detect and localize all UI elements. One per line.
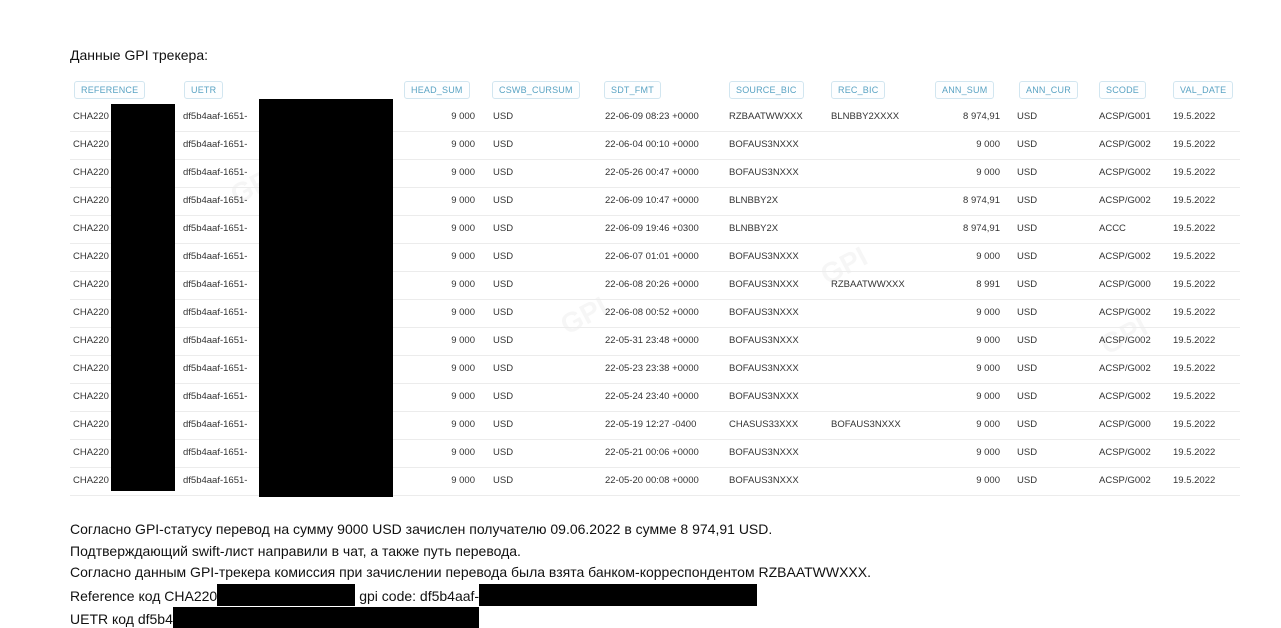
cell-head-sum: 9 000 bbox=[451, 271, 475, 299]
cell-sdt-fmt: 22-05-19 12:27 -0400 bbox=[605, 411, 696, 439]
cell-head-sum: 9 000 bbox=[451, 103, 475, 131]
cell-uetr: df5b4aaf-1651- bbox=[183, 159, 247, 187]
table-row[interactable]: CHA220df5b4aaf-1651-9 000USD22-05-23 23:… bbox=[70, 355, 1240, 384]
cell-reference: CHA220 bbox=[73, 215, 109, 243]
cell-sdt-fmt: 22-06-09 08:23 +0000 bbox=[605, 103, 699, 131]
cell-source-bic: RZBAATWWXXX bbox=[729, 103, 803, 131]
cell-reference: CHA220 bbox=[73, 411, 109, 439]
cell-ann-cur: USD bbox=[1017, 131, 1037, 159]
cell-uetr: df5b4aaf-1651- bbox=[183, 467, 247, 495]
cell-ann-sum: 8 991 bbox=[976, 271, 1000, 299]
cell-uetr: df5b4aaf-1651- bbox=[183, 243, 247, 271]
cell-ann-sum: 9 000 bbox=[976, 439, 1000, 467]
cell-reference: CHA220 bbox=[73, 439, 109, 467]
cell-val-date: 19.5.2022 bbox=[1173, 299, 1215, 327]
cell-ann-sum: 9 000 bbox=[976, 383, 1000, 411]
table-row[interactable]: CHA220df5b4aaf-1651-9 000USD22-06-08 20:… bbox=[70, 271, 1240, 300]
cell-scode: ACSP/G001 bbox=[1099, 103, 1151, 131]
cell-cswb-cursum: USD bbox=[493, 131, 513, 159]
cell-cswb-cursum: USD bbox=[493, 103, 513, 131]
cell-ann-cur: USD bbox=[1017, 243, 1037, 271]
cell-source-bic: BLNBBY2X bbox=[729, 187, 778, 215]
cell-ann-cur: USD bbox=[1017, 411, 1037, 439]
cell-reference: CHA220 bbox=[73, 103, 109, 131]
cell-rec-bic: RZBAATWWXXX bbox=[831, 271, 905, 299]
cell-source-bic: BOFAUS3NXXX bbox=[729, 355, 799, 383]
cell-sdt-fmt: 22-05-31 23:48 +0000 bbox=[605, 327, 699, 355]
cell-ann-cur: USD bbox=[1017, 187, 1037, 215]
cell-head-sum: 9 000 bbox=[451, 243, 475, 271]
cell-head-sum: 9 000 bbox=[451, 383, 475, 411]
cell-cswb-cursum: USD bbox=[493, 327, 513, 355]
cell-uetr: df5b4aaf-1651- bbox=[183, 299, 247, 327]
cell-ann-sum: 9 000 bbox=[976, 467, 1000, 495]
cell-ann-cur: USD bbox=[1017, 271, 1037, 299]
cell-source-bic: BLNBBY2X bbox=[729, 215, 778, 243]
cell-cswb-cursum: USD bbox=[493, 467, 513, 495]
redaction-gpi-code bbox=[479, 584, 757, 606]
cell-scode: ACSP/G002 bbox=[1099, 131, 1151, 159]
cell-uetr: df5b4aaf-1651- bbox=[183, 439, 247, 467]
table-row[interactable]: CHA220df5b4aaf-1651-9 000USD22-05-31 23:… bbox=[70, 327, 1240, 356]
cell-head-sum: 9 000 bbox=[451, 355, 475, 383]
table-row[interactable]: CHA220df5b4aaf-1651-9 000USD22-05-20 00:… bbox=[70, 467, 1240, 496]
gpi-tracker-table: REFERENCEUETRHEAD_SUMCSWB_CURSUMSDT_FMTS… bbox=[70, 78, 1240, 498]
cell-uetr: df5b4aaf-1651- bbox=[183, 355, 247, 383]
cell-val-date: 19.5.2022 bbox=[1173, 215, 1215, 243]
uetr-label: UETR код df5b4 bbox=[70, 611, 173, 627]
cell-sdt-fmt: 22-06-08 00:52 +0000 bbox=[605, 299, 699, 327]
table-row[interactable]: CHA220df5b4aaf-1651-9 000USD22-06-08 00:… bbox=[70, 299, 1240, 328]
cell-head-sum: 9 000 bbox=[451, 439, 475, 467]
cell-ann-sum: 9 000 bbox=[976, 411, 1000, 439]
cell-source-bic: CHASUS33XXX bbox=[729, 411, 798, 439]
cell-uetr: df5b4aaf-1651- bbox=[183, 215, 247, 243]
cell-sdt-fmt: 22-06-07 01:01 +0000 bbox=[605, 243, 699, 271]
note-line-status: Согласно GPI-статусу перевод на сумму 90… bbox=[70, 519, 871, 541]
cell-source-bic: BOFAUS3NXXX bbox=[729, 383, 799, 411]
cell-ann-cur: USD bbox=[1017, 159, 1037, 187]
cell-sdt-fmt: 22-05-20 00:08 +0000 bbox=[605, 467, 699, 495]
cell-scode: ACCC bbox=[1099, 215, 1126, 243]
cell-head-sum: 9 000 bbox=[451, 215, 475, 243]
cell-ann-sum: 9 000 bbox=[976, 299, 1000, 327]
cell-reference: CHA220 bbox=[73, 383, 109, 411]
column-header-uetr[interactable]: UETR bbox=[184, 81, 223, 99]
cell-ann-cur: USD bbox=[1017, 215, 1037, 243]
cell-scode: ACSP/G002 bbox=[1099, 383, 1151, 411]
cell-ann-cur: USD bbox=[1017, 103, 1037, 131]
cell-ann-cur: USD bbox=[1017, 327, 1037, 355]
cell-uetr: df5b4aaf-1651- bbox=[183, 327, 247, 355]
cell-scode: ACSP/G002 bbox=[1099, 243, 1151, 271]
cell-ann-cur: USD bbox=[1017, 439, 1037, 467]
cell-ann-sum: 9 000 bbox=[976, 355, 1000, 383]
cell-rec-bic: BLNBBY2XXXX bbox=[831, 103, 899, 131]
cell-cswb-cursum: USD bbox=[493, 159, 513, 187]
table-row[interactable]: CHA220df5b4aaf-1651-9 000USD22-05-21 00:… bbox=[70, 439, 1240, 468]
cell-head-sum: 9 000 bbox=[451, 299, 475, 327]
cell-val-date: 19.5.2022 bbox=[1173, 383, 1215, 411]
cell-val-date: 19.5.2022 bbox=[1173, 271, 1215, 299]
cell-sdt-fmt: 22-05-21 00:06 +0000 bbox=[605, 439, 699, 467]
page-heading: Данные GPI трекера: bbox=[70, 47, 208, 63]
cell-cswb-cursum: USD bbox=[493, 355, 513, 383]
cell-ann-cur: USD bbox=[1017, 355, 1037, 383]
column-header-cswb-cursum[interactable]: CSWB_CURSUM bbox=[492, 81, 580, 99]
cell-val-date: 19.5.2022 bbox=[1173, 243, 1215, 271]
note-line-uetr: UETR код df5b4 bbox=[70, 607, 871, 628]
redaction-uetr bbox=[259, 99, 393, 497]
cell-source-bic: BOFAUS3NXXX bbox=[729, 439, 799, 467]
cell-scode: ACSP/G002 bbox=[1099, 159, 1151, 187]
cell-source-bic: BOFAUS3NXXX bbox=[729, 327, 799, 355]
cell-rec-bic: BOFAUS3NXXX bbox=[831, 411, 901, 439]
note-line-swift: Подтверждающий swift-лист направили в ча… bbox=[70, 541, 871, 563]
note-line-commission: Согласно данным GPI-трекера комиссия при… bbox=[70, 562, 871, 584]
cell-reference: CHA220 bbox=[73, 271, 109, 299]
cell-val-date: 19.5.2022 bbox=[1173, 467, 1215, 495]
column-header-head-sum[interactable]: HEAD_SUM bbox=[404, 81, 470, 99]
table-row[interactable]: CHA220df5b4aaf-1651-9 000USD22-05-19 12:… bbox=[70, 411, 1240, 440]
cell-ann-sum: 9 000 bbox=[976, 327, 1000, 355]
redaction-uetr-code bbox=[173, 607, 479, 628]
cell-cswb-cursum: USD bbox=[493, 271, 513, 299]
cell-cswb-cursum: USD bbox=[493, 383, 513, 411]
cell-scode: ACSP/G002 bbox=[1099, 355, 1151, 383]
cell-reference: CHA220 bbox=[73, 131, 109, 159]
cell-head-sum: 9 000 bbox=[451, 159, 475, 187]
cell-cswb-cursum: USD bbox=[493, 243, 513, 271]
cell-cswb-cursum: USD bbox=[493, 299, 513, 327]
column-header-sdt-fmt[interactable]: SDT_FMT bbox=[604, 81, 661, 99]
column-header-scode[interactable]: SCODE bbox=[1099, 81, 1146, 99]
cell-source-bic: BOFAUS3NXXX bbox=[729, 467, 799, 495]
gpi-code-label: gpi code: df5b4aaf- bbox=[359, 588, 479, 604]
cell-source-bic: BOFAUS3NXXX bbox=[729, 299, 799, 327]
table-row[interactable]: CHA220df5b4aaf-1651-9 000USD22-05-24 23:… bbox=[70, 383, 1240, 412]
column-header-ann-sum[interactable]: ANN_SUM bbox=[935, 81, 994, 99]
cell-reference: CHA220 bbox=[73, 467, 109, 495]
cell-source-bic: BOFAUS3NXXX bbox=[729, 159, 799, 187]
cell-ann-cur: USD bbox=[1017, 467, 1037, 495]
notes: Согласно GPI-статусу перевод на сумму 90… bbox=[70, 519, 871, 628]
table-row[interactable]: CHA220df5b4aaf-1651-9 000USD22-06-07 01:… bbox=[70, 243, 1240, 272]
column-header-reference[interactable]: REFERENCE bbox=[74, 81, 145, 99]
cell-scode: ACSP/G002 bbox=[1099, 299, 1151, 327]
column-header-source-bic[interactable]: SOURCE_BIC bbox=[729, 81, 804, 99]
cell-sdt-fmt: 22-06-09 10:47 +0000 bbox=[605, 187, 699, 215]
cell-reference: CHA220 bbox=[73, 159, 109, 187]
cell-sdt-fmt: 22-06-04 00:10 +0000 bbox=[605, 131, 699, 159]
cell-ann-sum: 9 000 bbox=[976, 243, 1000, 271]
cell-reference: CHA220 bbox=[73, 187, 109, 215]
cell-cswb-cursum: USD bbox=[493, 187, 513, 215]
cell-reference: CHA220 bbox=[73, 243, 109, 271]
cell-ann-sum: 8 974,91 bbox=[963, 215, 1000, 243]
cell-val-date: 19.5.2022 bbox=[1173, 131, 1215, 159]
cell-scode: ACSP/G002 bbox=[1099, 439, 1151, 467]
cell-cswb-cursum: USD bbox=[493, 411, 513, 439]
cell-uetr: df5b4aaf-1651- bbox=[183, 411, 247, 439]
cell-sdt-fmt: 22-05-23 23:38 +0000 bbox=[605, 355, 699, 383]
cell-head-sum: 9 000 bbox=[451, 187, 475, 215]
cell-scode: ACSP/G000 bbox=[1099, 411, 1151, 439]
cell-val-date: 19.5.2022 bbox=[1173, 103, 1215, 131]
cell-uetr: df5b4aaf-1651- bbox=[183, 131, 247, 159]
cell-sdt-fmt: 22-06-08 20:26 +0000 bbox=[605, 271, 699, 299]
cell-source-bic: BOFAUS3NXXX bbox=[729, 243, 799, 271]
cell-sdt-fmt: 22-05-26 00:47 +0000 bbox=[605, 159, 699, 187]
cell-val-date: 19.5.2022 bbox=[1173, 327, 1215, 355]
reference-label: Reference код CHA220 bbox=[70, 588, 217, 604]
cell-val-date: 19.5.2022 bbox=[1173, 159, 1215, 187]
table-row[interactable]: CHA220df5b4aaf-1651-9 000USD22-06-09 19:… bbox=[70, 215, 1240, 244]
cell-head-sum: 9 000 bbox=[451, 467, 475, 495]
cell-ann-cur: USD bbox=[1017, 299, 1037, 327]
cell-reference: CHA220 bbox=[73, 299, 109, 327]
cell-ann-sum: 8 974,91 bbox=[963, 187, 1000, 215]
cell-reference: CHA220 bbox=[73, 355, 109, 383]
cell-ann-sum: 9 000 bbox=[976, 131, 1000, 159]
table-row[interactable]: CHA220df5b4aaf-1651-9 000USD22-05-26 00:… bbox=[70, 159, 1240, 188]
column-header-ann-cur[interactable]: ANN_CUR bbox=[1019, 81, 1078, 99]
cell-head-sum: 9 000 bbox=[451, 327, 475, 355]
cell-cswb-cursum: USD bbox=[493, 439, 513, 467]
cell-uetr: df5b4aaf-1651- bbox=[183, 383, 247, 411]
cell-ann-sum: 8 974,91 bbox=[963, 103, 1000, 131]
cell-ann-cur: USD bbox=[1017, 383, 1037, 411]
cell-ann-sum: 9 000 bbox=[976, 159, 1000, 187]
cell-scode: ACSP/G002 bbox=[1099, 327, 1151, 355]
cell-sdt-fmt: 22-06-09 19:46 +0300 bbox=[605, 215, 699, 243]
cell-source-bic: BOFAUS3NXXX bbox=[729, 271, 799, 299]
note-line-reference: Reference код CHA220gpi code: df5b4aaf- bbox=[70, 584, 871, 608]
cell-scode: ACSP/G002 bbox=[1099, 467, 1151, 495]
cell-uetr: df5b4aaf-1651- bbox=[183, 187, 247, 215]
cell-source-bic: BOFAUS3NXXX bbox=[729, 131, 799, 159]
cell-reference: CHA220 bbox=[73, 327, 109, 355]
cell-scode: ACSP/G002 bbox=[1099, 187, 1151, 215]
cell-sdt-fmt: 22-05-24 23:40 +0000 bbox=[605, 383, 699, 411]
cell-head-sum: 9 000 bbox=[451, 411, 475, 439]
cell-cswb-cursum: USD bbox=[493, 215, 513, 243]
redaction-reference-code bbox=[217, 584, 355, 606]
table-row[interactable]: CHA220df5b4aaf-1651-9 000USD22-06-09 08:… bbox=[70, 103, 1240, 132]
column-header-rec-bic[interactable]: REC_BIC bbox=[831, 81, 885, 99]
cell-val-date: 19.5.2022 bbox=[1173, 187, 1215, 215]
table-row[interactable]: CHA220df5b4aaf-1651-9 000USD22-06-09 10:… bbox=[70, 187, 1240, 216]
cell-scode: ACSP/G000 bbox=[1099, 271, 1151, 299]
cell-head-sum: 9 000 bbox=[451, 131, 475, 159]
cell-uetr: df5b4aaf-1651- bbox=[183, 271, 247, 299]
cell-uetr: df5b4aaf-1651- bbox=[183, 103, 247, 131]
cell-val-date: 19.5.2022 bbox=[1173, 355, 1215, 383]
column-header-val-date[interactable]: VAL_DATE bbox=[1173, 81, 1233, 99]
table-row[interactable]: CHA220df5b4aaf-1651-9 000USD22-06-04 00:… bbox=[70, 131, 1240, 160]
cell-val-date: 19.5.2022 bbox=[1173, 439, 1215, 467]
redaction-reference bbox=[111, 104, 175, 491]
cell-val-date: 19.5.2022 bbox=[1173, 411, 1215, 439]
